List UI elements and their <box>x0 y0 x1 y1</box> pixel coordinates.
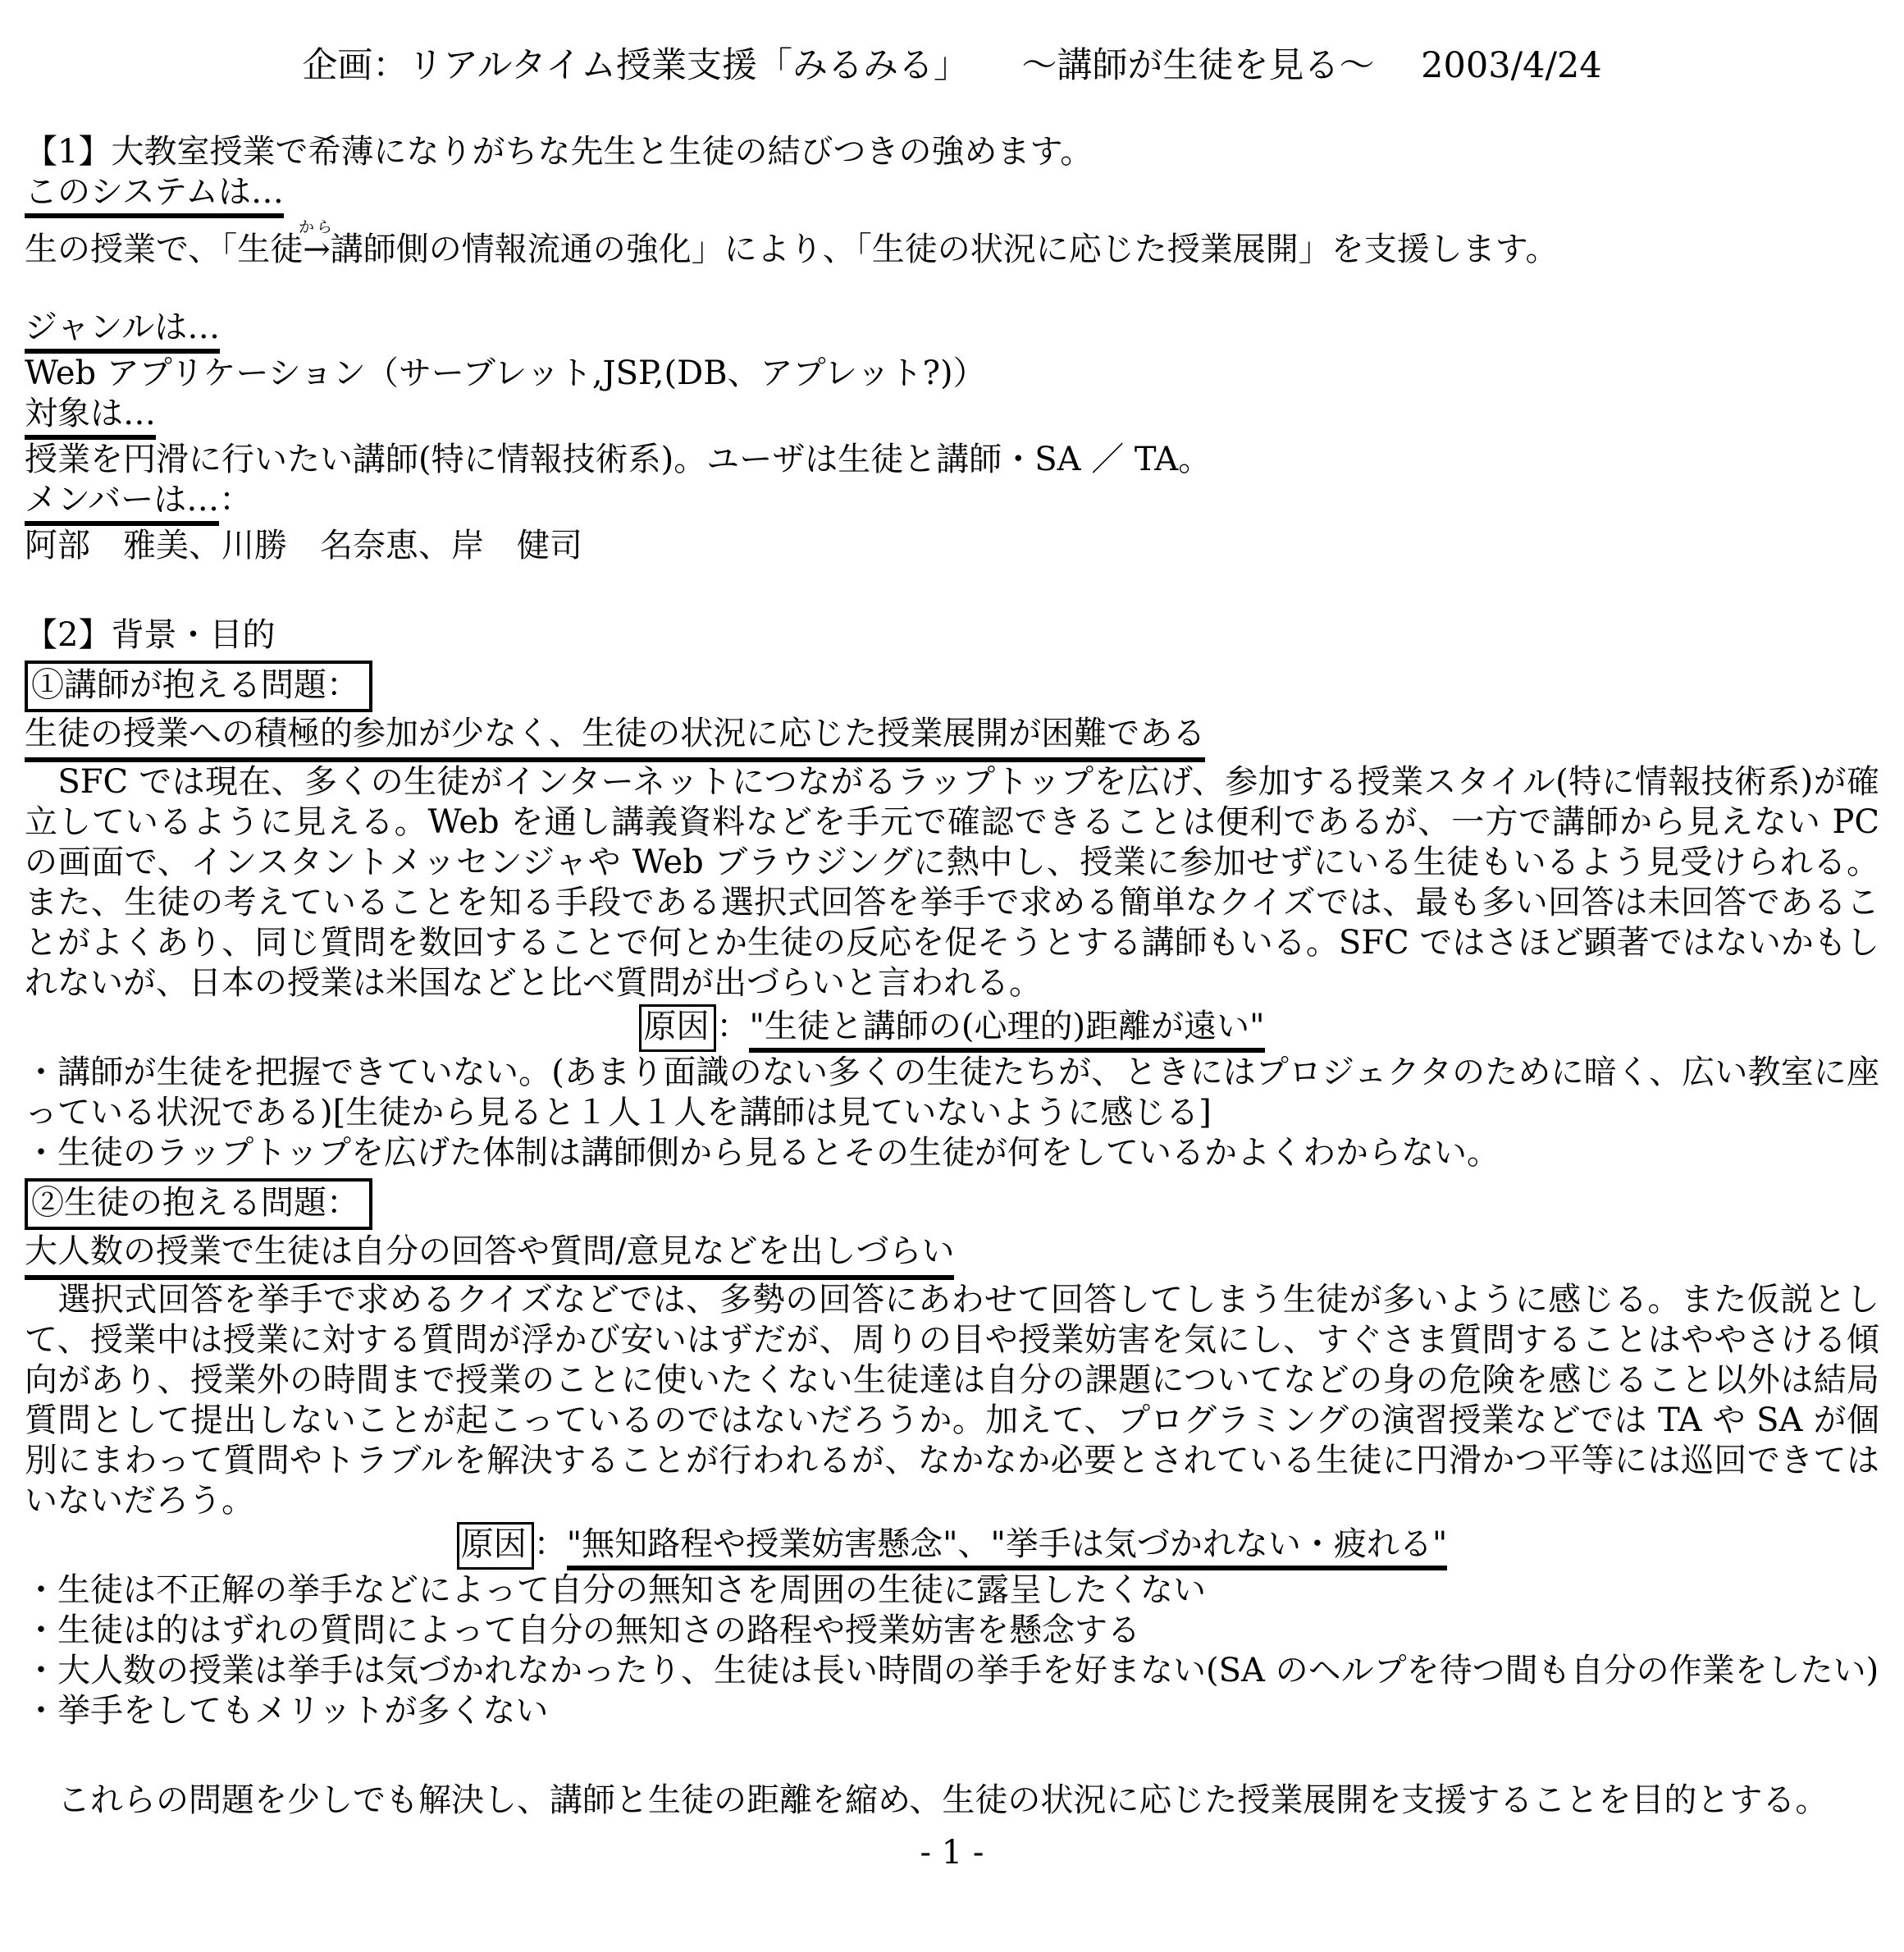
problem2-statement-line: 大人数の授業で生徒は自分の回答や質問/意見などを出しづらい <box>25 1230 1879 1280</box>
system-label-line: このシステムは… <box>25 172 1879 218</box>
section1-heading: 【1】大教室授業で希薄になりがちな先生と生徒の結びつきの強めます。 <box>25 132 1879 172</box>
target-text-line: 授業を円滑に行いたい講師(特に情報技術系)。ユーザは生徒と講師・SA ／ TA。 <box>25 440 1879 480</box>
system-text-after-arrow: 講師側の情報流通の強化」により、「生徒の状況に応じた授業展開」を支援します。 <box>331 231 1559 268</box>
problem2-bullet-2: ・生徒は的はずれの質問によって自分の無知さの路程や授業妨害を懸念する <box>25 1611 1879 1651</box>
conclusion-paragraph: これらの問題を少しでも解決し、講師と生徒の距離を縮め、生徒の状況に応じた授業展開… <box>25 1781 1879 1821</box>
arrow-with-ruby: →から <box>303 231 331 268</box>
system-text-before-arrow: 生の授業で、「生徒 <box>25 231 303 268</box>
target-label: 対象は… <box>25 394 156 440</box>
problem2-bullet-3: ・大人数の授業は挙手は気づかれなかったり、生徒は長い時間の挙手を好まない(SA … <box>25 1651 1879 1691</box>
cause1-label: 原因 <box>639 1004 716 1052</box>
document-page: 企画：リアルタイム授業支援「みるみる」 ～講師が生徒を見る～ 2003/4/24… <box>0 0 1904 1952</box>
system-label: このシステムは… <box>25 172 284 218</box>
problem1-label: ①講師が抱える問題： <box>25 661 372 712</box>
problem1-label-line: ①講師が抱える問題： <box>25 656 1879 712</box>
cause2-separator: ： <box>534 1525 567 1563</box>
problem1-statement-line: 生徒の授業への積極的参加が少なく、生徒の状況に応じた授業展開が困難である <box>25 712 1879 762</box>
genre-label: ジャンルは… <box>25 308 220 354</box>
document-title: 企画：リアルタイム授業支援「みるみる」 ～講師が生徒を見る～ 2003/4/24 <box>25 46 1879 86</box>
problem2-bullet-1: ・生徒は不正解の挙手などによって自分の無知さを周囲の生徒に露呈したくない <box>25 1570 1879 1611</box>
problem2-label-line: ②生徒の抱える問題： <box>25 1173 1879 1230</box>
cause1-separator: ： <box>716 1008 749 1045</box>
problem2-label: ②生徒の抱える問題： <box>25 1178 372 1230</box>
section2-heading: 【2】背景・目的 <box>25 615 1879 656</box>
target-label-line: 対象は… <box>25 394 1879 440</box>
problem1-paragraph: SFC では現在、多くの生徒がインターネットにつながるラップトップを広げ、参加す… <box>25 762 1879 1003</box>
cause2-label: 原因 <box>457 1522 534 1570</box>
system-description-line: 生の授業で、「生徒→から講師側の情報流通の強化」により、「生徒の状況に応じた授業… <box>25 218 1879 270</box>
page-number: - 1 - <box>0 1833 1904 1873</box>
problem2-bullet-4: ・挙手をしてもメリットが多くない <box>25 1691 1879 1731</box>
problem2-statement: 大人数の授業で生徒は自分の回答や質問/意見などを出しづらい <box>25 1232 954 1280</box>
problem1-bullet-2: ・生徒のラップトップを広げた体制は講師側から見るとその生徒が何をしているかよくわ… <box>25 1133 1879 1173</box>
members-text-line: 阿部 雅美、川勝 名奈恵、岸 健司 <box>25 526 1879 566</box>
members-label: メンバーは… <box>25 480 219 526</box>
problem1-statement: 生徒の授業への積極的参加が少なく、生徒の状況に応じた授業展開が困難である <box>25 714 1205 762</box>
cause2-line: 原因："無知路程や授業妨害懸念"、"挙手は気づかれない・疲れる" <box>25 1522 1879 1570</box>
genre-label-line: ジャンルは… <box>25 308 1879 354</box>
problem1-bullet-1: ・講師が生徒を把握できていない。(あまり面識のない多くの生徒たちが、ときにはプロ… <box>25 1053 1879 1133</box>
members-label-colon: ： <box>219 481 252 519</box>
cause1-text: "生徒と講師の(心理的)距離が遠い" <box>749 1008 1264 1053</box>
genre-text-line: Web アプリケーション（サーブレット,JSP,(DB、アプレット?)） <box>25 354 1879 394</box>
problem2-paragraph: 選択式回答を挙手で求めるクイズなどでは、多勢の回答にあわせて回答してしまう生徒が… <box>25 1280 1879 1521</box>
cause2-text: "無知路程や授業妨害懸念"、"挙手は気づかれない・疲れる" <box>567 1525 1448 1570</box>
cause1-line: 原因："生徒と講師の(心理的)距離が遠い" <box>25 1004 1879 1052</box>
members-label-line: メンバーは…： <box>25 480 1879 526</box>
arrow-ruby-text: から <box>299 218 335 236</box>
